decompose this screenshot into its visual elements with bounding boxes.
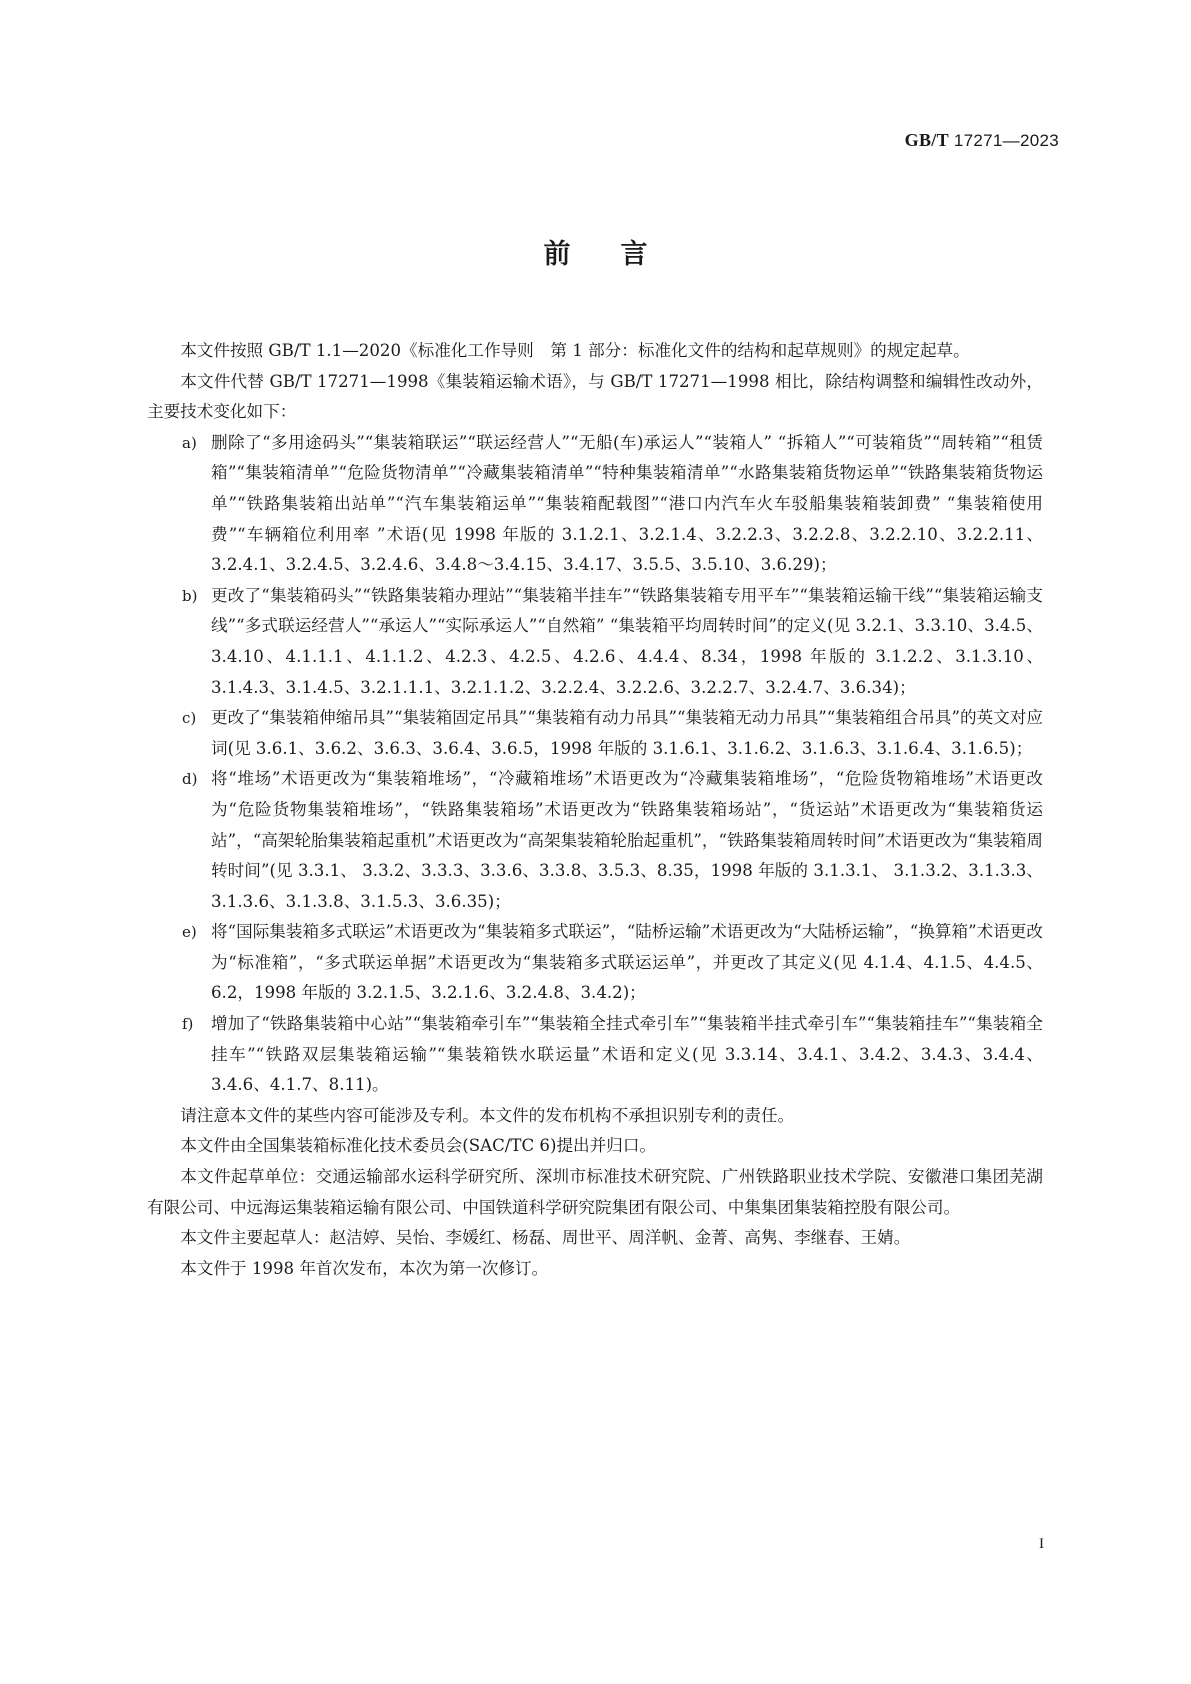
list-item: a) 删除了“多用途码头”“集装箱联运”“联运经营人”“无船(车)承运人”“装箱…: [147, 428, 1043, 581]
list-item-text: 删除了“多用途码头”“集装箱联运”“联运经营人”“无船(车)承运人”“装箱人” …: [211, 433, 1043, 574]
list-item: d) 将“堆场”术语更改为“集装箱堆场”，“冷藏箱堆场”术语更改为“冷藏集装箱堆…: [147, 764, 1043, 917]
paragraph-drafting-units: 本文件起草单位：交通运输部水运科学研究所、深圳市标准技术研究院、广州铁路职业技术…: [147, 1162, 1043, 1223]
document-body: 本文件按照 GB/T 1.1—2020《标准化工作导则 第 1 部分：标准化文件…: [147, 336, 1043, 1284]
list-item-text: 将“国际集装箱多式联运”术语更改为“集装箱多式联运”，“陆桥运输”术语更改为“大…: [211, 922, 1043, 1002]
list-marker: c): [182, 703, 196, 734]
standard-code: GB/T 17271—2023: [905, 130, 1059, 151]
list-item-text: 更改了“集装箱码头”“铁路集装箱办理站”“集装箱半挂车”“铁路集装箱专用平车”“…: [211, 586, 1043, 697]
standard-prefix: GB/T: [905, 130, 949, 150]
list-marker: a): [182, 428, 197, 459]
changes-list: a) 删除了“多用途码头”“集装箱联运”“联运经营人”“无船(车)承运人”“装箱…: [147, 428, 1043, 1101]
list-item: b) 更改了“集装箱码头”“铁路集装箱办理站”“集装箱半挂车”“铁路集装箱专用平…: [147, 581, 1043, 703]
list-item-text: 更改了“集装箱伸缩吊具”“集装箱固定吊具”“集装箱有动力吊具”“集装箱无动力吊具…: [211, 708, 1043, 758]
list-marker: e): [182, 917, 197, 948]
list-item-text: 将“堆场”术语更改为“集装箱堆场”，“冷藏箱堆场”术语更改为“冷藏集装箱堆场”，…: [211, 769, 1043, 910]
page-number: I: [1039, 1536, 1044, 1553]
list-marker: d): [182, 764, 197, 795]
paragraph-patent-notice: 请注意本文件的某些内容可能涉及专利。本文件的发布机构不承担识别专利的责任。: [147, 1101, 1043, 1132]
standard-number: 17271—2023: [954, 131, 1059, 150]
paragraph-replacement: 本文件代替 GB/T 17271—1998《集装箱运输术语》，与 GB/T 17…: [147, 367, 1043, 428]
paragraph-drafting-basis: 本文件按照 GB/T 1.1—2020《标准化工作导则 第 1 部分：标准化文件…: [147, 336, 1043, 367]
list-item: e) 将“国际集装箱多式联运”术语更改为“集装箱多式联运”，“陆桥运输”术语更改…: [147, 917, 1043, 1009]
list-item-text: 增加了“铁路集装箱中心站”“集装箱牵引车”“集装箱全挂式牵引车”“集装箱半挂式牵…: [211, 1014, 1043, 1094]
page-title: 前言: [0, 232, 1191, 271]
paragraph-proposer: 本文件由全国集装箱标准化技术委员会(SAC/TC 6)提出并归口。: [147, 1131, 1043, 1162]
paragraph-drafters: 本文件主要起草人：赵洁婷、吴怡、李媛红、杨磊、周世平、周洋帆、金菁、高隽、李继春…: [147, 1223, 1043, 1254]
paragraph-publication-history: 本文件于 1998 年首次发布，本次为第一次修订。: [147, 1254, 1043, 1285]
list-marker: f): [182, 1009, 193, 1040]
list-marker: b): [182, 581, 197, 612]
list-item: c) 更改了“集装箱伸缩吊具”“集装箱固定吊具”“集装箱有动力吊具”“集装箱无动…: [147, 703, 1043, 764]
list-item: f) 增加了“铁路集装箱中心站”“集装箱牵引车”“集装箱全挂式牵引车”“集装箱半…: [147, 1009, 1043, 1101]
